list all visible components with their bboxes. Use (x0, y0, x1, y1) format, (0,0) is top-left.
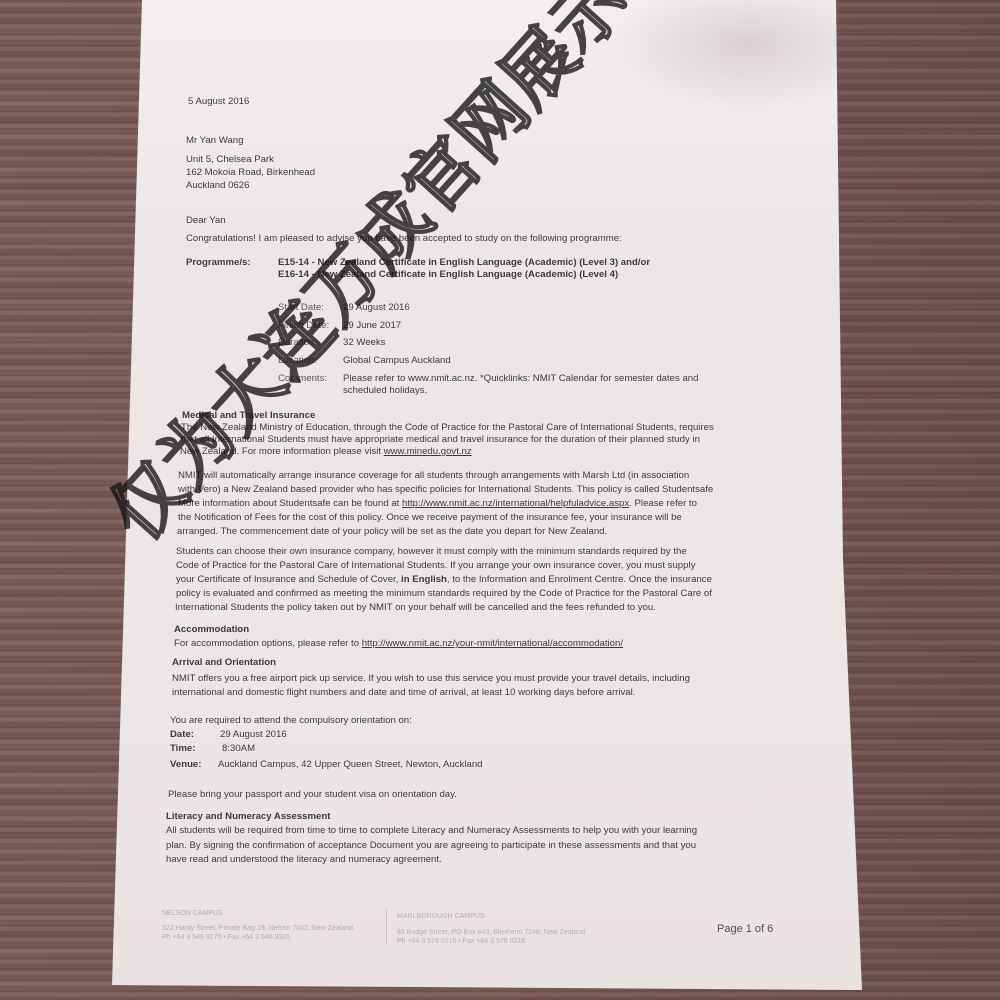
detail-value: scheduled holidays. (343, 384, 427, 398)
minedu-link[interactable]: www.minedu.govt.nz (384, 446, 472, 457)
footer-campus-phone: Ph +64 3 578 0215 • Fax +64 3 578 0216 (397, 937, 525, 946)
orientation-label: Venue: (170, 758, 201, 772)
footer-campus-address: 322 Hardy Street, Private Bag 19, Nelson… (162, 924, 353, 933)
accommodation-link[interactable]: http://www.nmit.ac.nz/your-nmit/internat… (362, 638, 623, 649)
orientation-value: 29 August 2016 (220, 728, 287, 742)
paragraph-line: Code of Practice for the Pastoral Care o… (176, 559, 695, 573)
paragraph-line: your Certificate of Insurance and Schedu… (176, 573, 712, 587)
letter-date: 5 August 2016 (188, 95, 249, 109)
paragraph-line: All students will be required from time … (166, 824, 697, 838)
footer-divider (386, 910, 387, 944)
orientation-label: Date: (170, 728, 194, 742)
paragraph-line: NMIT will automatically arrange insuranc… (178, 469, 689, 483)
paragraph-text: . Please refer to (629, 498, 697, 509)
paragraph-line: with Vero) a New Zealand based provider … (178, 483, 713, 497)
paragraph-line: the Notification of Fees for the cost of… (178, 511, 682, 525)
paragraph-line: have read and understood the literacy an… (166, 853, 442, 867)
paragraph-line: plan. By signing the confirmation of acc… (166, 839, 696, 853)
orientation-reminder: Please bring your passport and your stud… (168, 788, 457, 802)
paragraph-line: Students can choose their own insurance … (176, 545, 687, 559)
section-heading-literacy: Literacy and Numeracy Assessment (166, 810, 330, 824)
section-heading-arrival: Arrival and Orientation (172, 656, 276, 670)
address-line: Unit 5, Chelsea Park (186, 153, 274, 167)
orientation-intro: You are required to attend the compulsor… (170, 714, 412, 728)
section-heading-accommodation: Accommodation (174, 623, 249, 637)
orientation-label: Time: (170, 742, 195, 756)
address-line: 162 Mokoia Road, Birkenhead (186, 166, 315, 180)
salutation: Dear Yan (186, 214, 226, 228)
detail-value: Global Campus Auckland (343, 354, 451, 368)
address-line: Auckland 0626 (186, 179, 249, 193)
footer-campus-phone: Ph +64 3 546 9175 • Fax +64 3 546 3325 (162, 933, 290, 942)
footer-campus-name: NELSON CAMPUS (162, 909, 223, 918)
recipient-name: Mr Yan Wang (186, 134, 243, 148)
emphasis-text: in English (401, 574, 447, 585)
paragraph-line: NMIT offers you a free airport pick up s… (172, 672, 690, 686)
programme-label: Programme/s: (186, 256, 251, 270)
paragraph-text: your Certificate of Insurance and Schedu… (176, 574, 401, 585)
paragraph-line: For accommodation options, please refer … (174, 637, 623, 651)
page-number: Page 1 of 6 (717, 922, 773, 936)
studentsafe-link[interactable]: http://www.nmit.ac.nz/international/help… (402, 498, 629, 509)
paragraph-line: More information about Studentsafe can b… (178, 497, 697, 511)
paragraph-line: international and domestic flight number… (172, 686, 635, 700)
paragraph-line: policy is evaluated and confirmed as mee… (176, 587, 712, 601)
paragraph-line: International Students the policy taken … (175, 601, 656, 615)
paragraph-text: , to the Information and Enrolment Centr… (447, 574, 712, 585)
orientation-value: 8:30AM (222, 742, 255, 756)
footer-campus-name: MARLBOROUGH CAMPUS (397, 912, 485, 921)
footer-campus-address: 85 Budge Street, PO Box 443, Blenheim 72… (397, 928, 585, 937)
paragraph-line: arranged. The commencement date of your … (177, 525, 607, 539)
paragraph-text: For accommodation options, please refer … (174, 638, 362, 649)
orientation-value: Auckland Campus, 42 Upper Queen Street, … (218, 758, 483, 772)
